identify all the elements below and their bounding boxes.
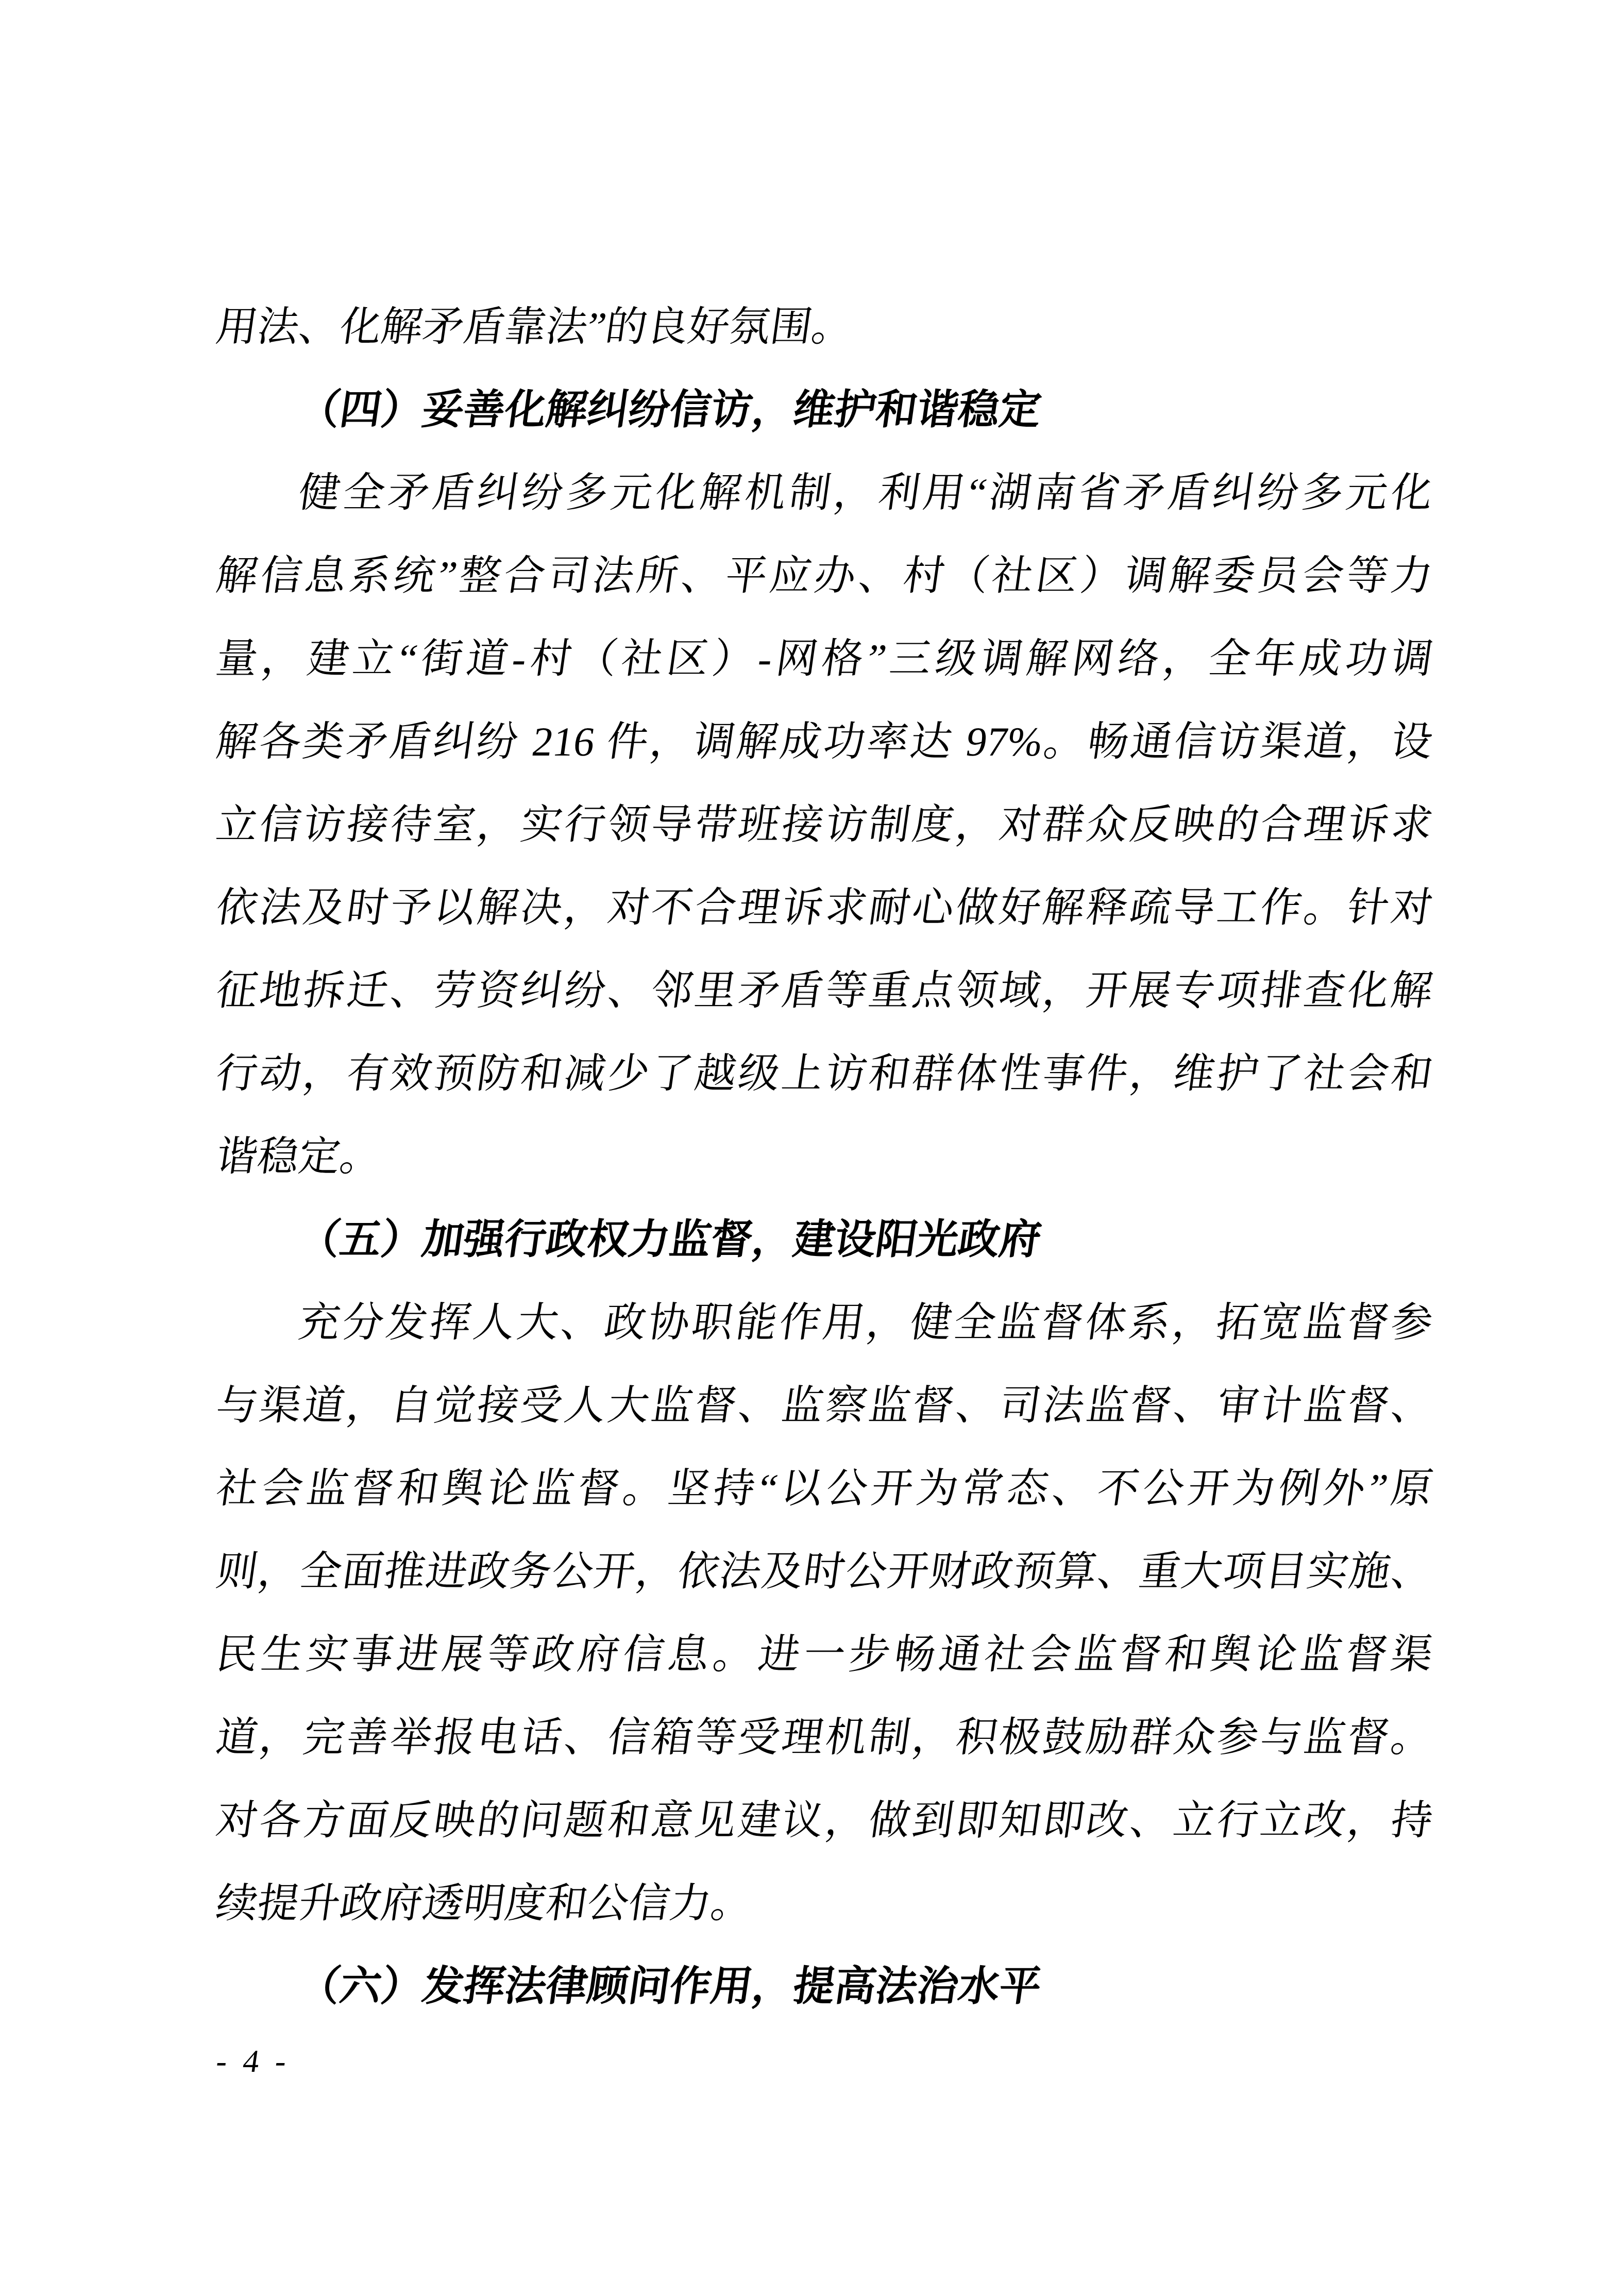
text-line: 社会监督和舆论监督。坚持“以公开为常态、不公开为例外”原 <box>211 1448 1439 1531</box>
text-line: 民生实事进展等政府信息。进一步畅通社会监督和舆论监督渠 <box>211 1614 1439 1697</box>
text-line: 健全矛盾纠纷多元化解机制，利用“湖南省矛盾纠纷多元化 <box>211 452 1439 535</box>
section-heading: （六）发挥法律顾问作用，提高法治水平 <box>211 1946 1439 2029</box>
text-line: 谐稳定。 <box>211 1116 1439 1199</box>
section-heading: （四）妥善化解纠纷信访，维护和谐稳定 <box>211 369 1439 452</box>
text-line: 解各类矛盾纠纷 216 件，调解成功率达 97%。畅通信访渠道，设 <box>211 701 1439 784</box>
text-line: 立信访接待室，实行领导带班接访制度，对群众反映的合理诉求 <box>211 784 1439 867</box>
text-line: 对各方面反映的问题和意见建议，做到即知即改、立行立改，持 <box>211 1780 1439 1863</box>
text-line: 量，建立“街道-村（社区）-网格”三级调解网络，全年成功调 <box>211 618 1439 701</box>
text-line: 续提升政府透明度和公信力。 <box>211 1863 1439 1946</box>
text-line: 则，全面推进政务公开，依法及时公开财政预算、重大项目实施、 <box>211 1531 1439 1614</box>
section-heading: （五）加强行政权力监督，建设阳光政府 <box>211 1199 1439 1282</box>
text-line: 行动，有效预防和减少了越级上访和群体性事件，维护了社会和 <box>211 1033 1439 1116</box>
document-body: 用法、化解矛盾靠法”的良好氛围。（四）妥善化解纠纷信访，维护和谐稳定健全矛盾纠纷… <box>216 286 1432 2029</box>
text-line: 道，完善举报电话、信箱等受理机制，积极鼓励群众参与监督。 <box>211 1697 1439 1780</box>
text-line: 征地拆迁、劳资纠纷、邻里矛盾等重点领域，开展专项排查化解 <box>211 950 1439 1033</box>
page-number: - 4 - <box>213 2036 294 2087</box>
text-line: 依法及时予以解决，对不合理诉求耐心做好解释疏导工作。针对 <box>211 867 1439 950</box>
text-line: 用法、化解矛盾靠法”的良好氛围。 <box>211 286 1439 369</box>
text-line: 解信息系统”整合司法所、平应办、村（社区）调解委员会等力 <box>211 535 1439 618</box>
document-page: 用法、化解矛盾靠法”的良好氛围。（四）妥善化解纠纷信访，维护和谐稳定健全矛盾纠纷… <box>0 0 1623 2296</box>
text-line: 与渠道，自觉接受人大监督、监察监督、司法监督、审计监督、 <box>211 1365 1439 1448</box>
text-line: 充分发挥人大、政协职能作用，健全监督体系，拓宽监督参 <box>211 1282 1439 1365</box>
